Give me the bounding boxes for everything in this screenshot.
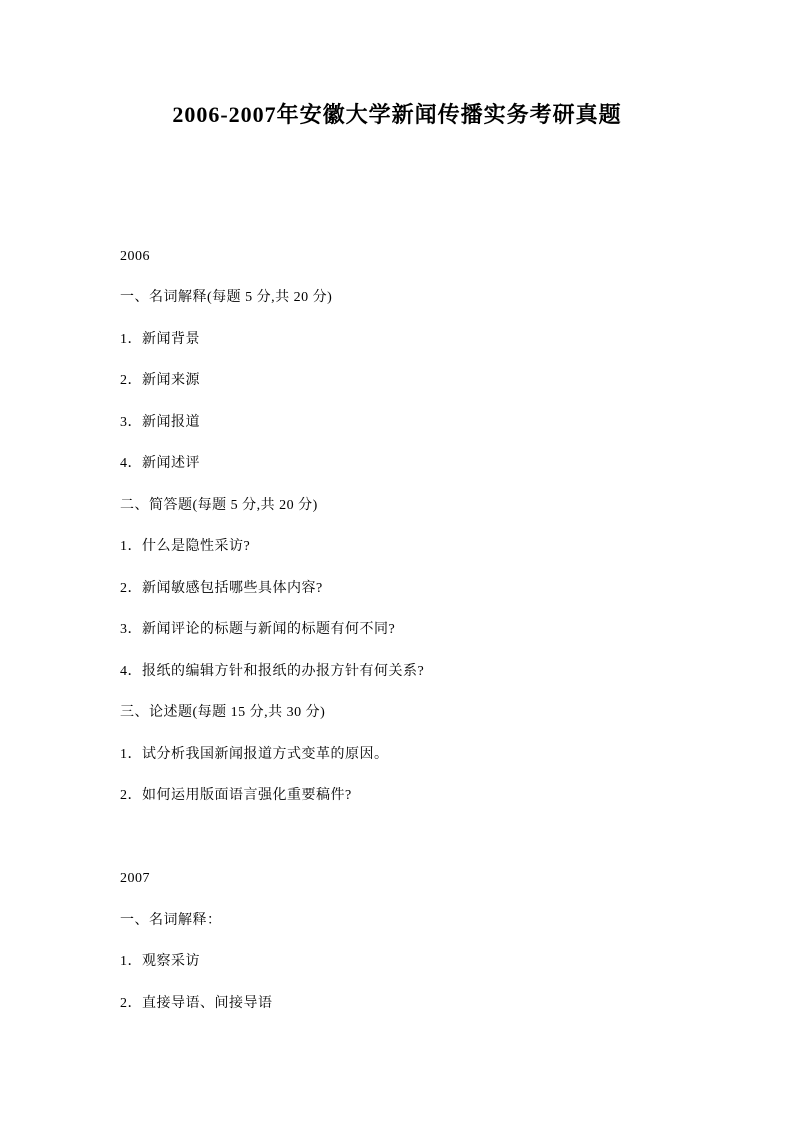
question-item: 4．新闻述评 [120, 457, 200, 471]
question-item: 1．新闻背景 [120, 333, 200, 347]
question-item: 1．试分析我国新闻报道方式变革的原因。 [120, 748, 389, 762]
document-page: 2006-2007年安徽大学新闻传播实务考研真题 2006 一、名词解释(每题 … [0, 0, 794, 1123]
question-item: 1．观察采访 [120, 955, 200, 969]
question-item: 4．报纸的编辑方针和报纸的办报方针有何关系? [120, 665, 424, 679]
section-heading: 三、论述题(每题 15 分,共 30 分) [120, 706, 325, 720]
question-item: 1．什么是隐性采访? [120, 540, 250, 554]
question-item: 2．新闻敏感包括哪些具体内容? [120, 582, 323, 596]
question-item: 2．直接导语、间接导语 [120, 997, 273, 1011]
page-title: 2006-2007年安徽大学新闻传播实务考研真题 [0, 104, 794, 126]
section-heading: 一、名词解释(每题 5 分,共 20 分) [120, 291, 332, 305]
question-item: 2．新闻来源 [120, 374, 200, 388]
year-label-2007: 2007 [120, 872, 150, 886]
section-heading: 一、名词解释： [120, 914, 222, 928]
section-heading: 二、简答题(每题 5 分,共 20 分) [120, 499, 318, 513]
question-item: 2．如何运用版面语言强化重要稿件? [120, 789, 352, 803]
year-label-2006: 2006 [120, 250, 150, 264]
question-item: 3．新闻评论的标题与新闻的标题有何不同? [120, 623, 395, 637]
question-item: 3．新闻报道 [120, 416, 200, 430]
